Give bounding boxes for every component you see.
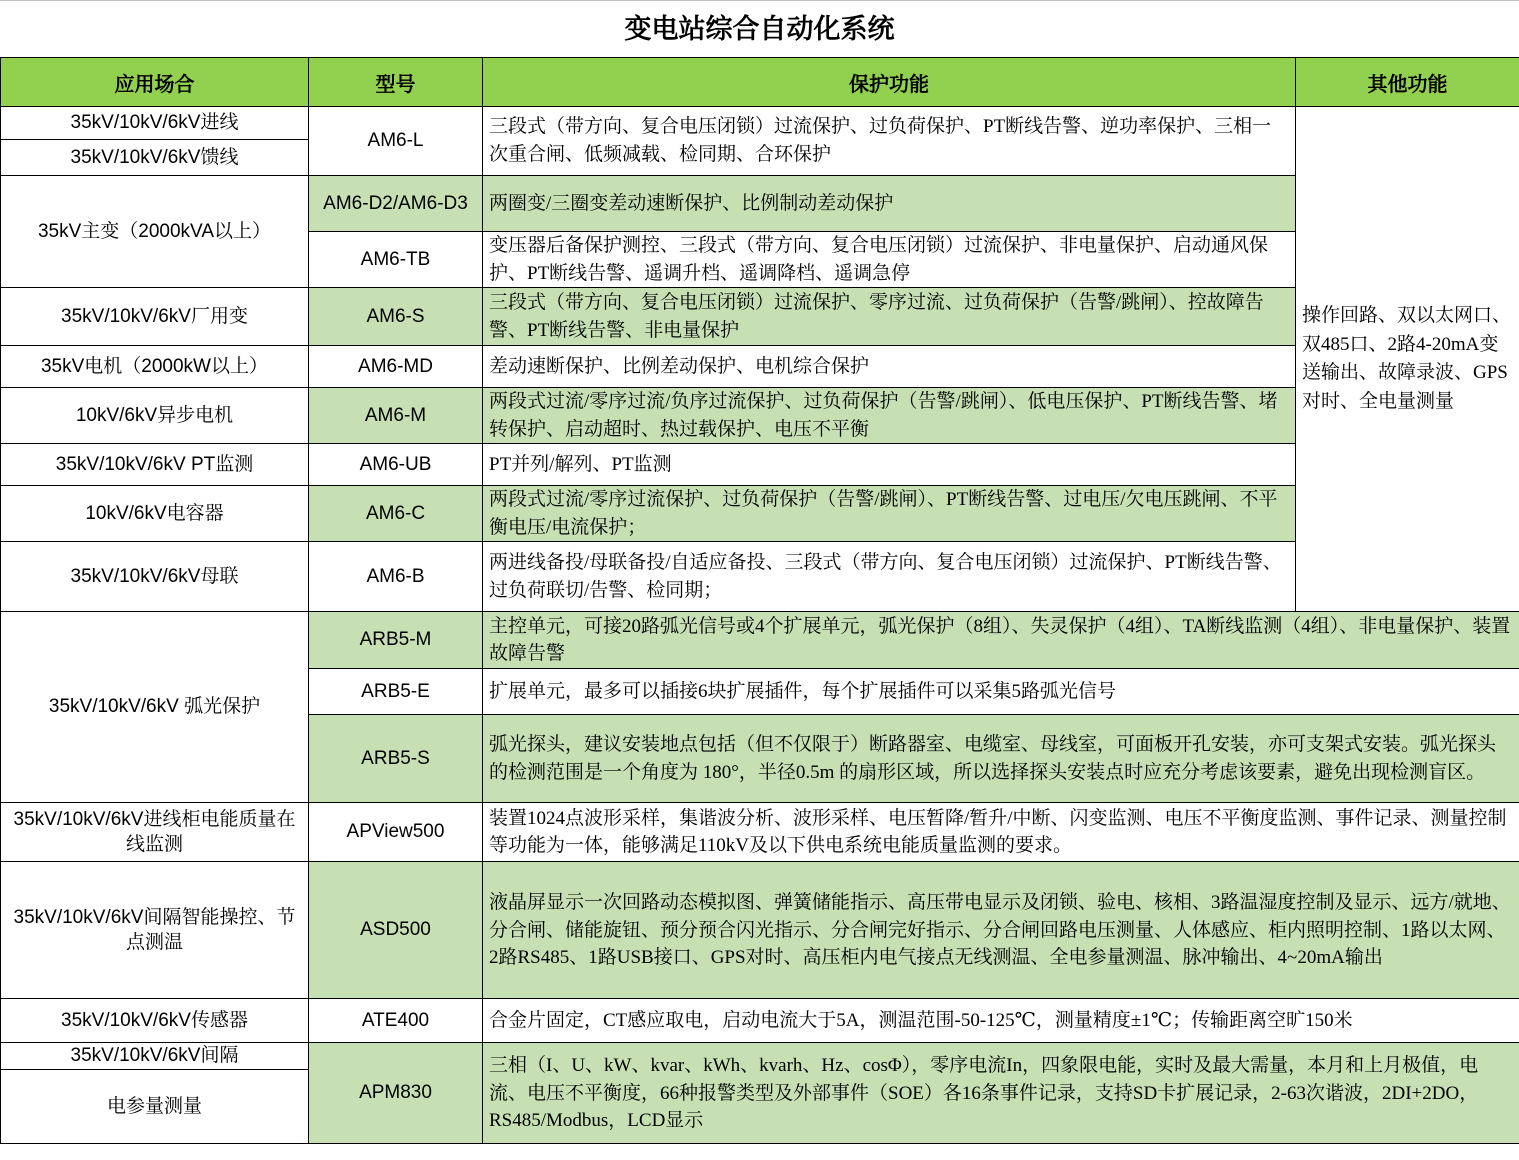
model-cell-am6-c: AM6-C: [309, 486, 483, 542]
application-cell-arc-protection: 35kV/10kV/6kV 弧光保护: [1, 612, 309, 803]
header-row: 应用场合 型号 保护功能 其他功能: [1, 58, 1519, 107]
model-cell-arb5-m: ARB5-M: [309, 612, 483, 669]
other-functions-cell: 操作回路、双以太网口、双485口、2路4-20mA变送输出、故障录波、GPS对时…: [1296, 107, 1519, 612]
protection-cell-am6-tb: 变压器后备保护测控、三段式（带方向、复合电压闭锁）过流保护、非电量保护、启动通风…: [483, 232, 1296, 288]
application-cell-async-motor: 10kV/6kV异步电机: [1, 388, 309, 444]
row-arb5-m: 35kV/10kV/6kV 弧光保护 ARB5-M 主控单元，可接20路弧光信号…: [1, 612, 1519, 669]
row-interval: 35kV/10kV/6kV间隔 APM830 三相（I、U、kW、kvar、kW…: [1, 1043, 1519, 1070]
row-apview500: 35kV/10kV/6kV进线柜电能质量在线监测 APView500 装置102…: [1, 803, 1519, 862]
protection-cell-ate400: 合金片固定，CT感应取电，启动电流大于5A，测温范围-50-125℃，测量精度±…: [483, 999, 1519, 1043]
application-cell-bus-tie: 35kV/10kV/6kV母联: [1, 542, 309, 612]
protection-cell-arb5-m: 主控单元，可接20路弧光信号或4个扩展单元，弧光保护（8组）、失灵保护（4组）、…: [483, 612, 1519, 669]
protection-cell-am6-s: 三段式（带方向、复合电压闭锁）过流保护、零序过流、过负荷保护（告警/跳闸）、控故…: [483, 288, 1296, 346]
model-cell-apview500: APView500: [309, 803, 483, 862]
protection-cell-am6-b: 两进线备投/母联备投/自适应备投、三段式（带方向、复合电压闭锁）过流保护、PT断…: [483, 542, 1296, 612]
page-title: 变电站综合自动化系统: [0, 0, 1519, 57]
application-cell-sensor: 35kV/10kV/6kV传感器: [1, 999, 309, 1043]
row-am6-s: 35kV/10kV/6kV厂用变 AM6-S 三段式（带方向、复合电压闭锁）过流…: [1, 288, 1519, 346]
system-table: 应用场合 型号 保护功能 其他功能 35kV/10kV/6kV进线 AM6-L …: [0, 57, 1519, 1144]
protection-cell-am6-c: 两段式过流/零序过流保护、过负荷保护（告警/跳闸）、PT断线告警、过电压/欠电压…: [483, 486, 1296, 542]
model-cell-am6-d: AM6-D2/AM6-D3: [309, 176, 483, 232]
application-cell-plant-transformer: 35kV/10kV/6kV厂用变: [1, 288, 309, 346]
protection-cell-apview500: 装置1024点波形采样，集谐波分析、波形采样、电压暂降/暂升/中断、闪变监测、电…: [483, 803, 1519, 862]
model-cell-asd500: ASD500: [309, 862, 483, 999]
application-cell-capacitor: 10kV/6kV电容器: [1, 486, 309, 542]
row-am6-ub: 35kV/10kV/6kV PT监测 AM6-UB PT并列/解列、PT监测: [1, 444, 1519, 486]
application-cell-power-quality: 35kV/10kV/6kV进线柜电能质量在线监测: [1, 803, 309, 862]
protection-cell-apm830: 三相（I、U、kW、kvar、kWh、kvarh、Hz、cosΦ），零序电流In…: [483, 1043, 1519, 1144]
protection-cell-am6-ub: PT并列/解列、PT监测: [483, 444, 1296, 486]
model-cell-am6-tb: AM6-TB: [309, 232, 483, 288]
model-cell-arb5-e: ARB5-E: [309, 669, 483, 715]
model-cell-ate400: ATE400: [309, 999, 483, 1043]
protection-cell-arb5-s: 弧光探头，建议安装地点包括（但不仅限于）断路器室、电缆室、母线室，可面板开孔安装…: [483, 715, 1519, 803]
row-am6-d: 35kV主变（2000kVA以上） AM6-D2/AM6-D3 两圈变/三圈变差…: [1, 176, 1519, 232]
row-asd500: 35kV/10kV/6kV间隔智能操控、节点测温 ASD500 液晶屏显示一次回…: [1, 862, 1519, 999]
row-am6-b: 35kV/10kV/6kV母联 AM6-B 两进线备投/母联备投/自适应备投、三…: [1, 542, 1519, 612]
header-protection: 保护功能: [483, 58, 1296, 107]
model-cell-arb5-s: ARB5-S: [309, 715, 483, 803]
header-other: 其他功能: [1296, 58, 1519, 107]
model-cell-am6-l: AM6-L: [309, 107, 483, 176]
model-cell-am6-s: AM6-S: [309, 288, 483, 346]
row-am6-m: 10kV/6kV异步电机 AM6-M 两段式过流/零序过流/负序过流保护、过负荷…: [1, 388, 1519, 444]
protection-cell-arb5-e: 扩展单元，最多可以插接6块扩展插件，每个扩展插件可以采集5路弧光信号: [483, 669, 1519, 715]
application-cell-main-transformer: 35kV主变（2000kVA以上）: [1, 176, 309, 288]
spreadsheet: 变电站综合自动化系统 应用场合 型号 保护功能 其他功能 35kV/10kV/6…: [0, 0, 1519, 1144]
application-cell-pt-monitor: 35kV/10kV/6kV PT监测: [1, 444, 309, 486]
row-am6-c: 10kV/6kV电容器 AM6-C 两段式过流/零序过流保护、过负荷保护（告警/…: [1, 486, 1519, 542]
model-cell-am6-b: AM6-B: [309, 542, 483, 612]
application-cell-feeder: 35kV/10kV/6kV馈线: [1, 140, 309, 176]
model-cell-apm830: APM830: [309, 1043, 483, 1144]
application-cell-smart-control: 35kV/10kV/6kV间隔智能操控、节点测温: [1, 862, 309, 999]
header-application: 应用场合: [1, 58, 309, 107]
application-cell-param-measure: 电参量测量: [1, 1070, 309, 1144]
protection-cell-am6-m: 两段式过流/零序过流/负序过流保护、过负荷保护（告警/跳闸）、低电压保护、PT断…: [483, 388, 1296, 444]
protection-cell-asd500: 液晶屏显示一次回路动态模拟图、弹簧储能指示、高压带电显示及闭锁、验电、核相、3路…: [483, 862, 1519, 999]
row-inlet: 35kV/10kV/6kV进线 AM6-L 三段式（带方向、复合电压闭锁）过流保…: [1, 107, 1519, 140]
model-cell-am6-m: AM6-M: [309, 388, 483, 444]
application-cell-inlet: 35kV/10kV/6kV进线: [1, 107, 309, 140]
header-model: 型号: [309, 58, 483, 107]
protection-cell-am6-d: 两圈变/三圈变差动速断保护、比例制动差动保护: [483, 176, 1296, 232]
row-ate400: 35kV/10kV/6kV传感器 ATE400 合金片固定，CT感应取电，启动电…: [1, 999, 1519, 1043]
model-cell-am6-ub: AM6-UB: [309, 444, 483, 486]
protection-cell-am6-md: 差动速断保护、比例差动保护、电机综合保护: [483, 346, 1296, 388]
protection-cell-am6-l: 三段式（带方向、复合电压闭锁）过流保护、过负荷保护、PT断线告警、逆功率保护、三…: [483, 107, 1296, 176]
application-cell-interval: 35kV/10kV/6kV间隔: [1, 1043, 309, 1070]
application-cell-motor-35kv: 35kV电机（2000kW以上）: [1, 346, 309, 388]
row-am6-md: 35kV电机（2000kW以上） AM6-MD 差动速断保护、比例差动保护、电机…: [1, 346, 1519, 388]
model-cell-am6-md: AM6-MD: [309, 346, 483, 388]
